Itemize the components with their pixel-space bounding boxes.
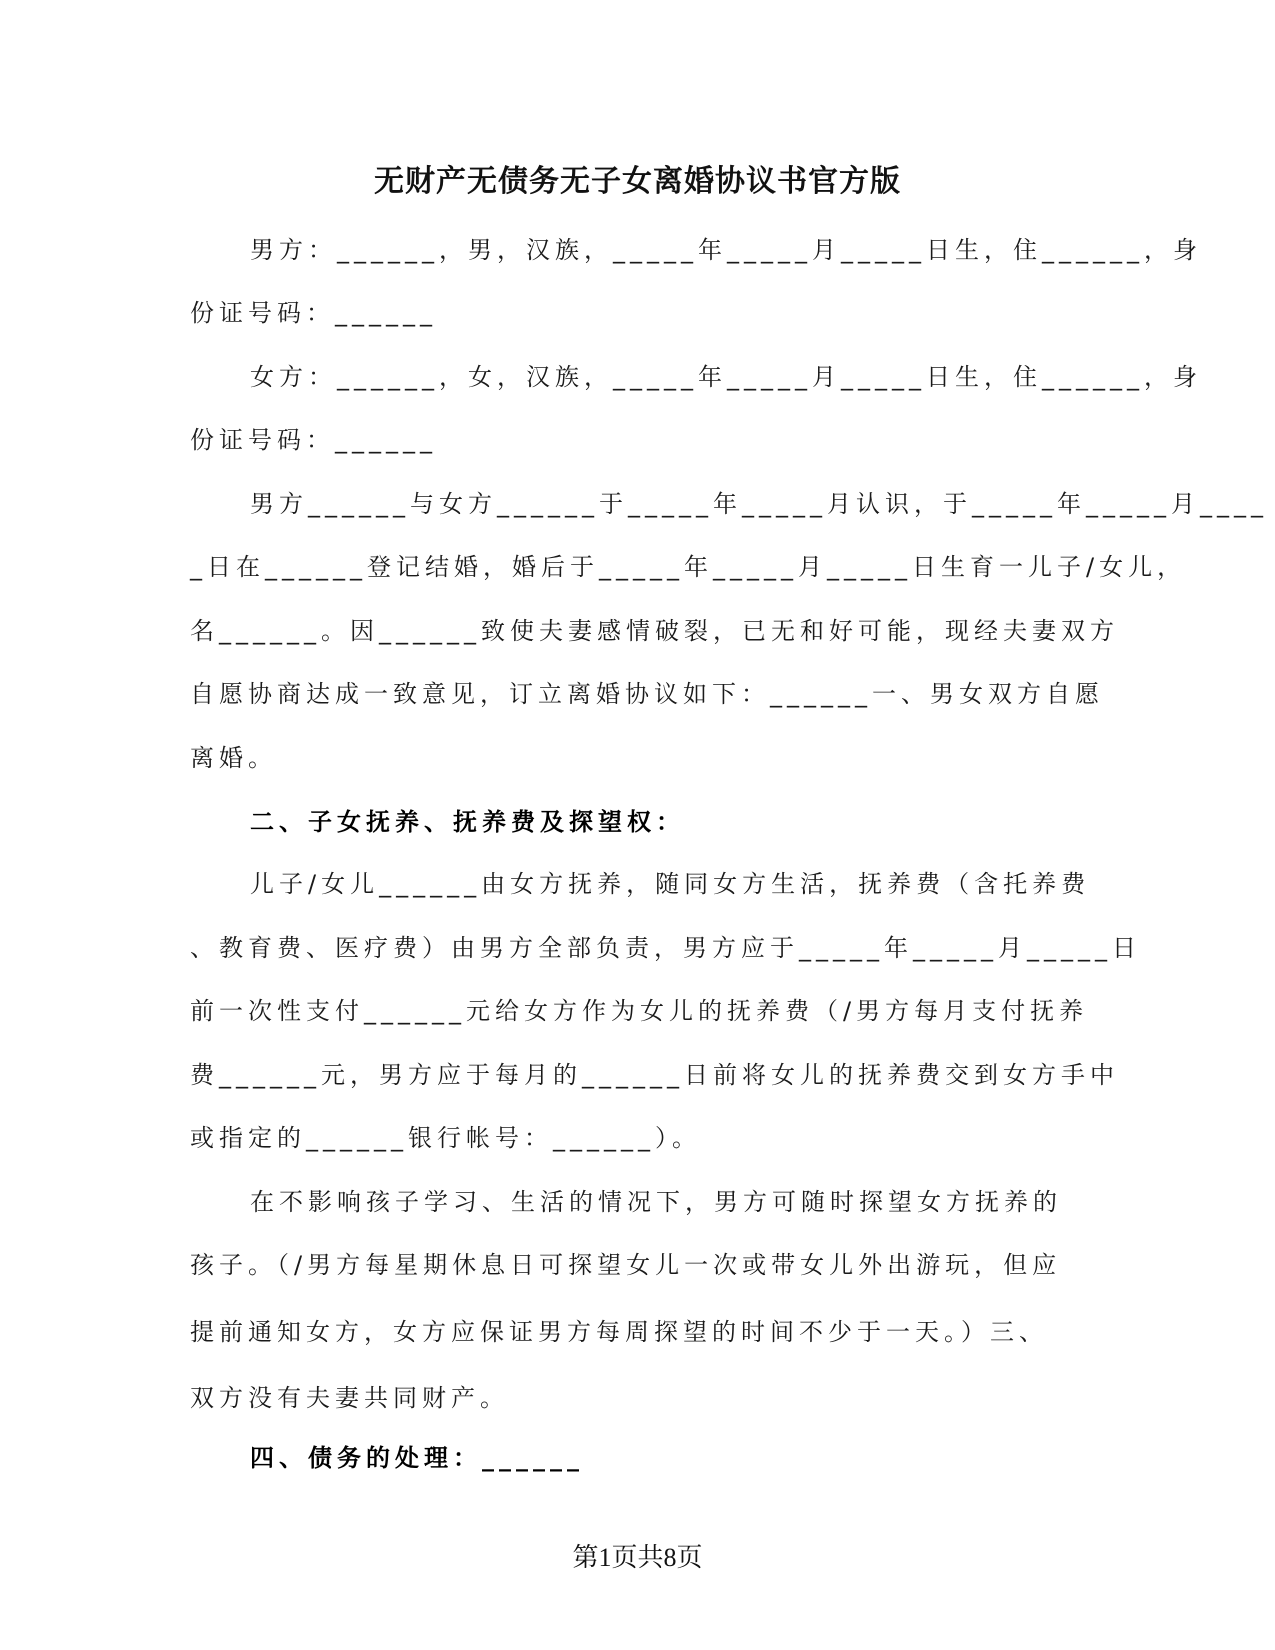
party-female-line-2: 份证号码：______ (190, 418, 1080, 462)
document-title: 无财产无债务无子女离婚协议书官方版 (0, 160, 1275, 204)
custody-paragraph-line-5: 或指定的______银行帐号：______）。 (190, 1116, 1080, 1160)
custody-paragraph-line-3: 前一次性支付______元给女方作为女儿的抚养费（/男方每月支付抚养 (190, 989, 1080, 1033)
page-number-footer: 第1页共8页 (0, 1538, 1275, 1578)
party-male-line-1: 男方：______，男，汉族，_____年_____月_____日生，住____… (250, 228, 1140, 272)
marriage-paragraph-line-2: _日在______登记结婚，婚后于_____年_____月_____日生育一儿子… (190, 545, 1080, 589)
marriage-paragraph-line-5: 离婚。 (190, 736, 1080, 780)
party-male-line-2: 份证号码：______ (190, 291, 1080, 335)
visitation-paragraph-line-4: 双方没有夫妻共同财产。 (190, 1376, 1080, 1420)
custody-paragraph-line-4: 费______元，男方应于每月的______日前将女儿的抚养费交到女方手中 (190, 1053, 1080, 1097)
visitation-paragraph-line-3: 提前通知女方，女方应保证男方每周探望的时间不少于一天。）三、 (190, 1310, 1080, 1354)
document-page: 无财产无债务无子女离婚协议书官方版 男方：______，男，汉族，_____年_… (0, 0, 1275, 1650)
visitation-paragraph-line-2: 孩子。（/男方每星期休息日可探望女儿一次或带女儿外出游玩，但应 (190, 1243, 1080, 1287)
marriage-paragraph-line-3: 名______。因______致使夫妻感情破裂，已无和好可能，现经夫妻双方 (190, 609, 1080, 653)
visitation-paragraph-line-1: 在不影响孩子学习、生活的情况下，男方可随时探望女方抚养的 (250, 1180, 1140, 1224)
party-female-line-1: 女方：______，女，汉族，_____年_____月_____日生，住____… (250, 355, 1140, 399)
section-heading-custody: 二、子女抚养、抚养费及探望权： (250, 800, 1140, 844)
marriage-paragraph-line-1: 男方______与女方______于_____年_____月认识，于_____年… (250, 482, 1140, 526)
marriage-paragraph-line-4: 自愿协商达成一致意见，订立离婚协议如下：______一、男女双方自愿 (190, 672, 1080, 716)
custody-paragraph-line-2: 、教育费、医疗费）由男方全部负责，男方应于_____年_____月_____日 (190, 926, 1080, 970)
section-heading-debts: 四、债务的处理：______ (250, 1436, 1140, 1480)
custody-paragraph-line-1: 儿子/女儿______由女方抚养，随同女方生活，抚养费（含托养费 (250, 862, 1140, 906)
